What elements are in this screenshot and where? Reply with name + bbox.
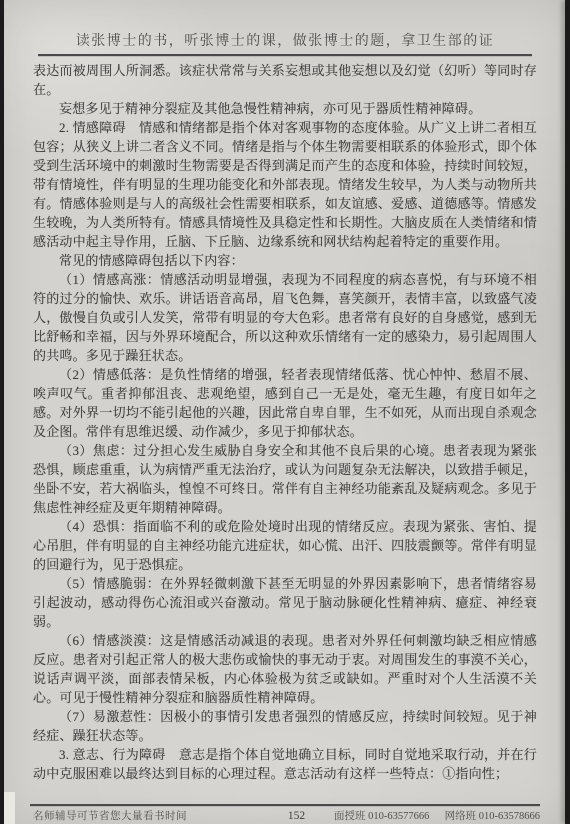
online-phone: 010-63578666 [479, 811, 540, 822]
page-number: 152 [288, 810, 305, 822]
classroom-class-label: 面授班 [334, 811, 366, 822]
paragraph: （5）情感脆弱：在外界轻微刺激下甚至无明显的外界因素影响下，患者情绪容易引起波动… [33, 574, 537, 631]
paragraph: （4）恐惧：指面临不利的或危险处境时出现的情绪反应。表现为紧张、害怕、提心吊胆，… [33, 517, 537, 574]
paragraph: （2）情感低落：是负性情绪的增强，轻者表现情绪低落、忧心忡忡、愁眉不展、唉声叹气… [33, 365, 537, 441]
paragraph: （3）焦虑：过分担心发生威胁自身安全和其他不良后果的心境。患者表现为紧张恐惧，顾… [33, 441, 537, 517]
online-class-label: 网络班 [445, 811, 477, 822]
scan-left-edge [0, 0, 4, 824]
footer-left-note: 名师辅导可节省您大量看书时间 [33, 808, 278, 823]
paragraph: 2. 情感障碍 情感和情绪都是指个体对客观事物的态度体验。从广义上讲二者相互包容… [33, 118, 537, 251]
scan-right-edge [565, 0, 570, 824]
page-footer: 名师辅导可节省您大量看书时间 152 面授班 010-63577666 网络班 … [33, 808, 540, 823]
paragraph: 常见的情感障碍包括以下内容： [33, 251, 537, 270]
page-header: 读张博士的书，听张博士的课，做张博士的题，拿卫生部的证 [38, 30, 532, 56]
footer-contact: 面授班 010-63577666 网络班 010-63578666 [295, 808, 540, 823]
footer-rule [30, 804, 540, 806]
scanned-book-page: 读张博士的书，听张博士的课，做张博士的题，拿卫生部的证 表达而被周围人所洞悉。该… [0, 0, 570, 824]
paragraph: 表达而被周围人所洞悉。该症状常常与关系妄想或其他妄想以及幻觉（幻听）等同时存在。 [33, 61, 537, 99]
paragraph: （6）情感淡漠：这是情感活动减退的表现。患者对外界任何刺激均缺乏相应情感反应。患… [33, 631, 537, 707]
paragraph: 妄想多见于精神分裂症及其他急慢性精神病，亦可见于器质性精神障碍。 [33, 99, 537, 118]
header-slogan: 读张博士的书，听张博士的课，做张博士的题，拿卫生部的证 [38, 30, 532, 50]
paragraph: 3. 意志、行为障碍 意志是指个体自觉地确立目标，同时自觉地采取行动，并在行动中… [33, 745, 537, 783]
header-rule [38, 54, 532, 56]
classroom-phone: 010-63577666 [368, 811, 429, 822]
paragraph: （7）易激惹性：因极小的事情引发患者强烈的情感反应，持续时间较短。见于神经症、躁… [33, 707, 537, 745]
scan-corner-artifact [4, 792, 15, 824]
paragraph: （1）情感高涨：情感活动明显增强，表现为不同程度的病态喜悦，有与环境不相符的过分… [33, 270, 537, 365]
page-body: 表达而被周围人所洞悉。该症状常常与关系妄想或其他妄想以及幻觉（幻听）等同时存在。… [33, 61, 537, 805]
